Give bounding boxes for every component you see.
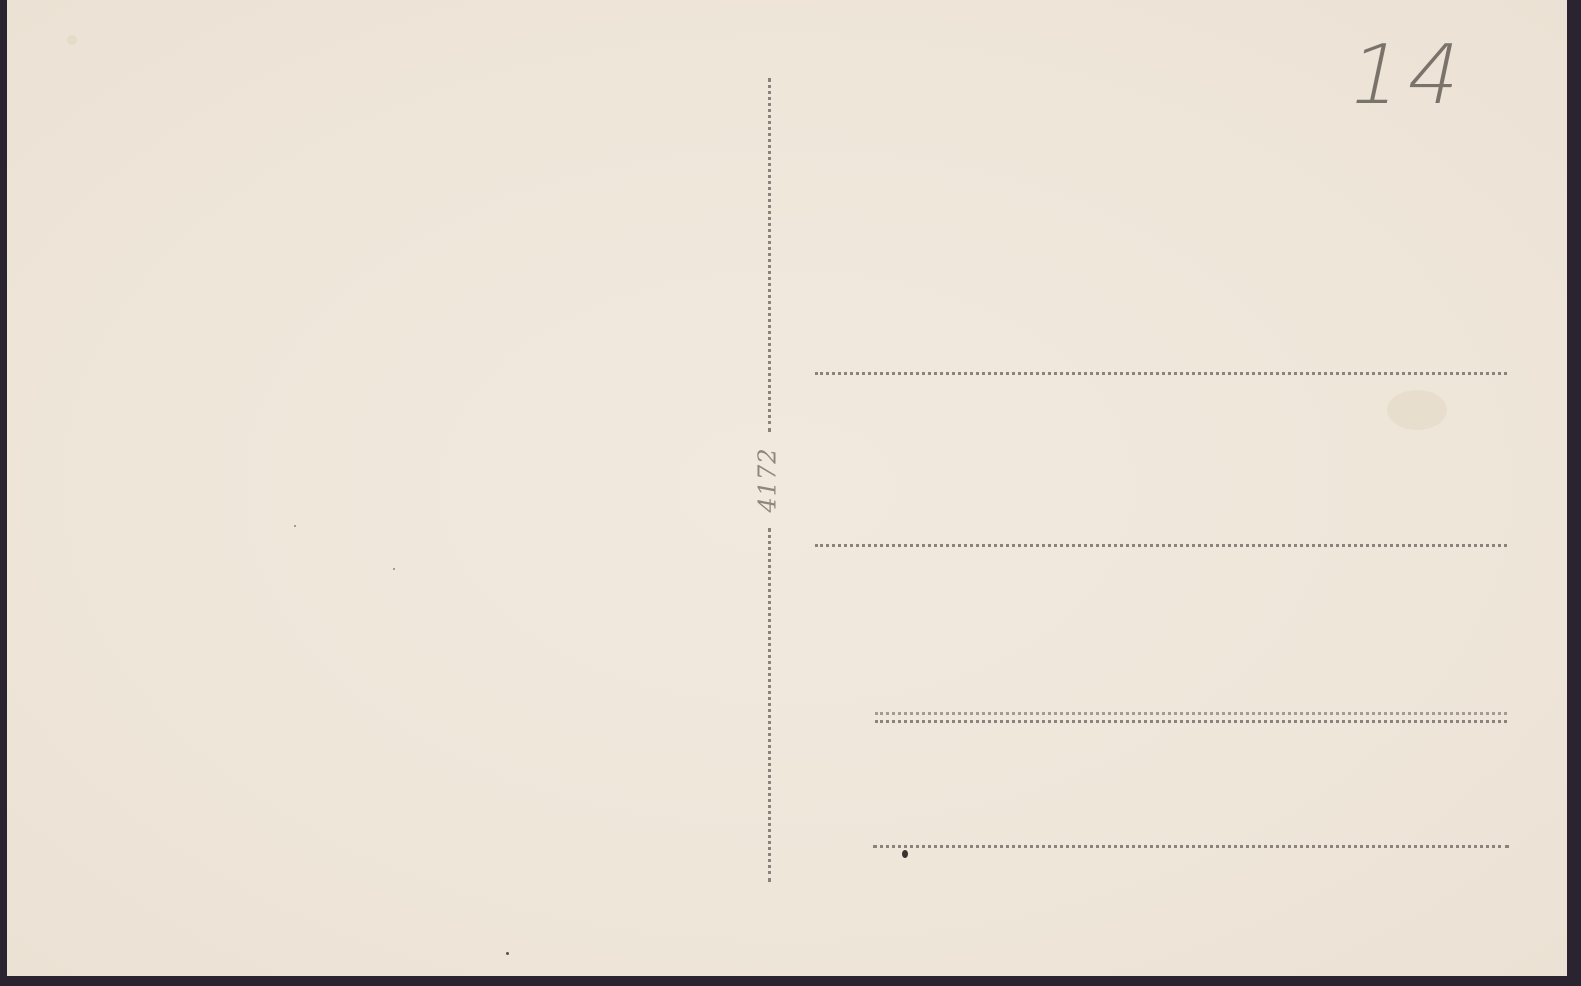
address-line-3-dotted: [875, 712, 1507, 715]
speck: [294, 525, 296, 527]
postcard-back: 14 4172: [7, 0, 1567, 976]
stain: [1387, 390, 1447, 430]
divider-line-top: [768, 78, 771, 432]
address-line-2: [815, 544, 1507, 547]
divider-mark: 4172: [754, 447, 782, 512]
divider-line-bottom: [768, 528, 771, 882]
address-line-3: [875, 720, 1507, 723]
handwritten-number: 14: [1340, 28, 1477, 123]
address-line-4: [873, 845, 1509, 848]
speck: [393, 568, 395, 570]
ink-spot: [902, 850, 908, 858]
address-line-1: [815, 372, 1507, 375]
speck: [506, 952, 509, 955]
stain: [67, 35, 77, 45]
